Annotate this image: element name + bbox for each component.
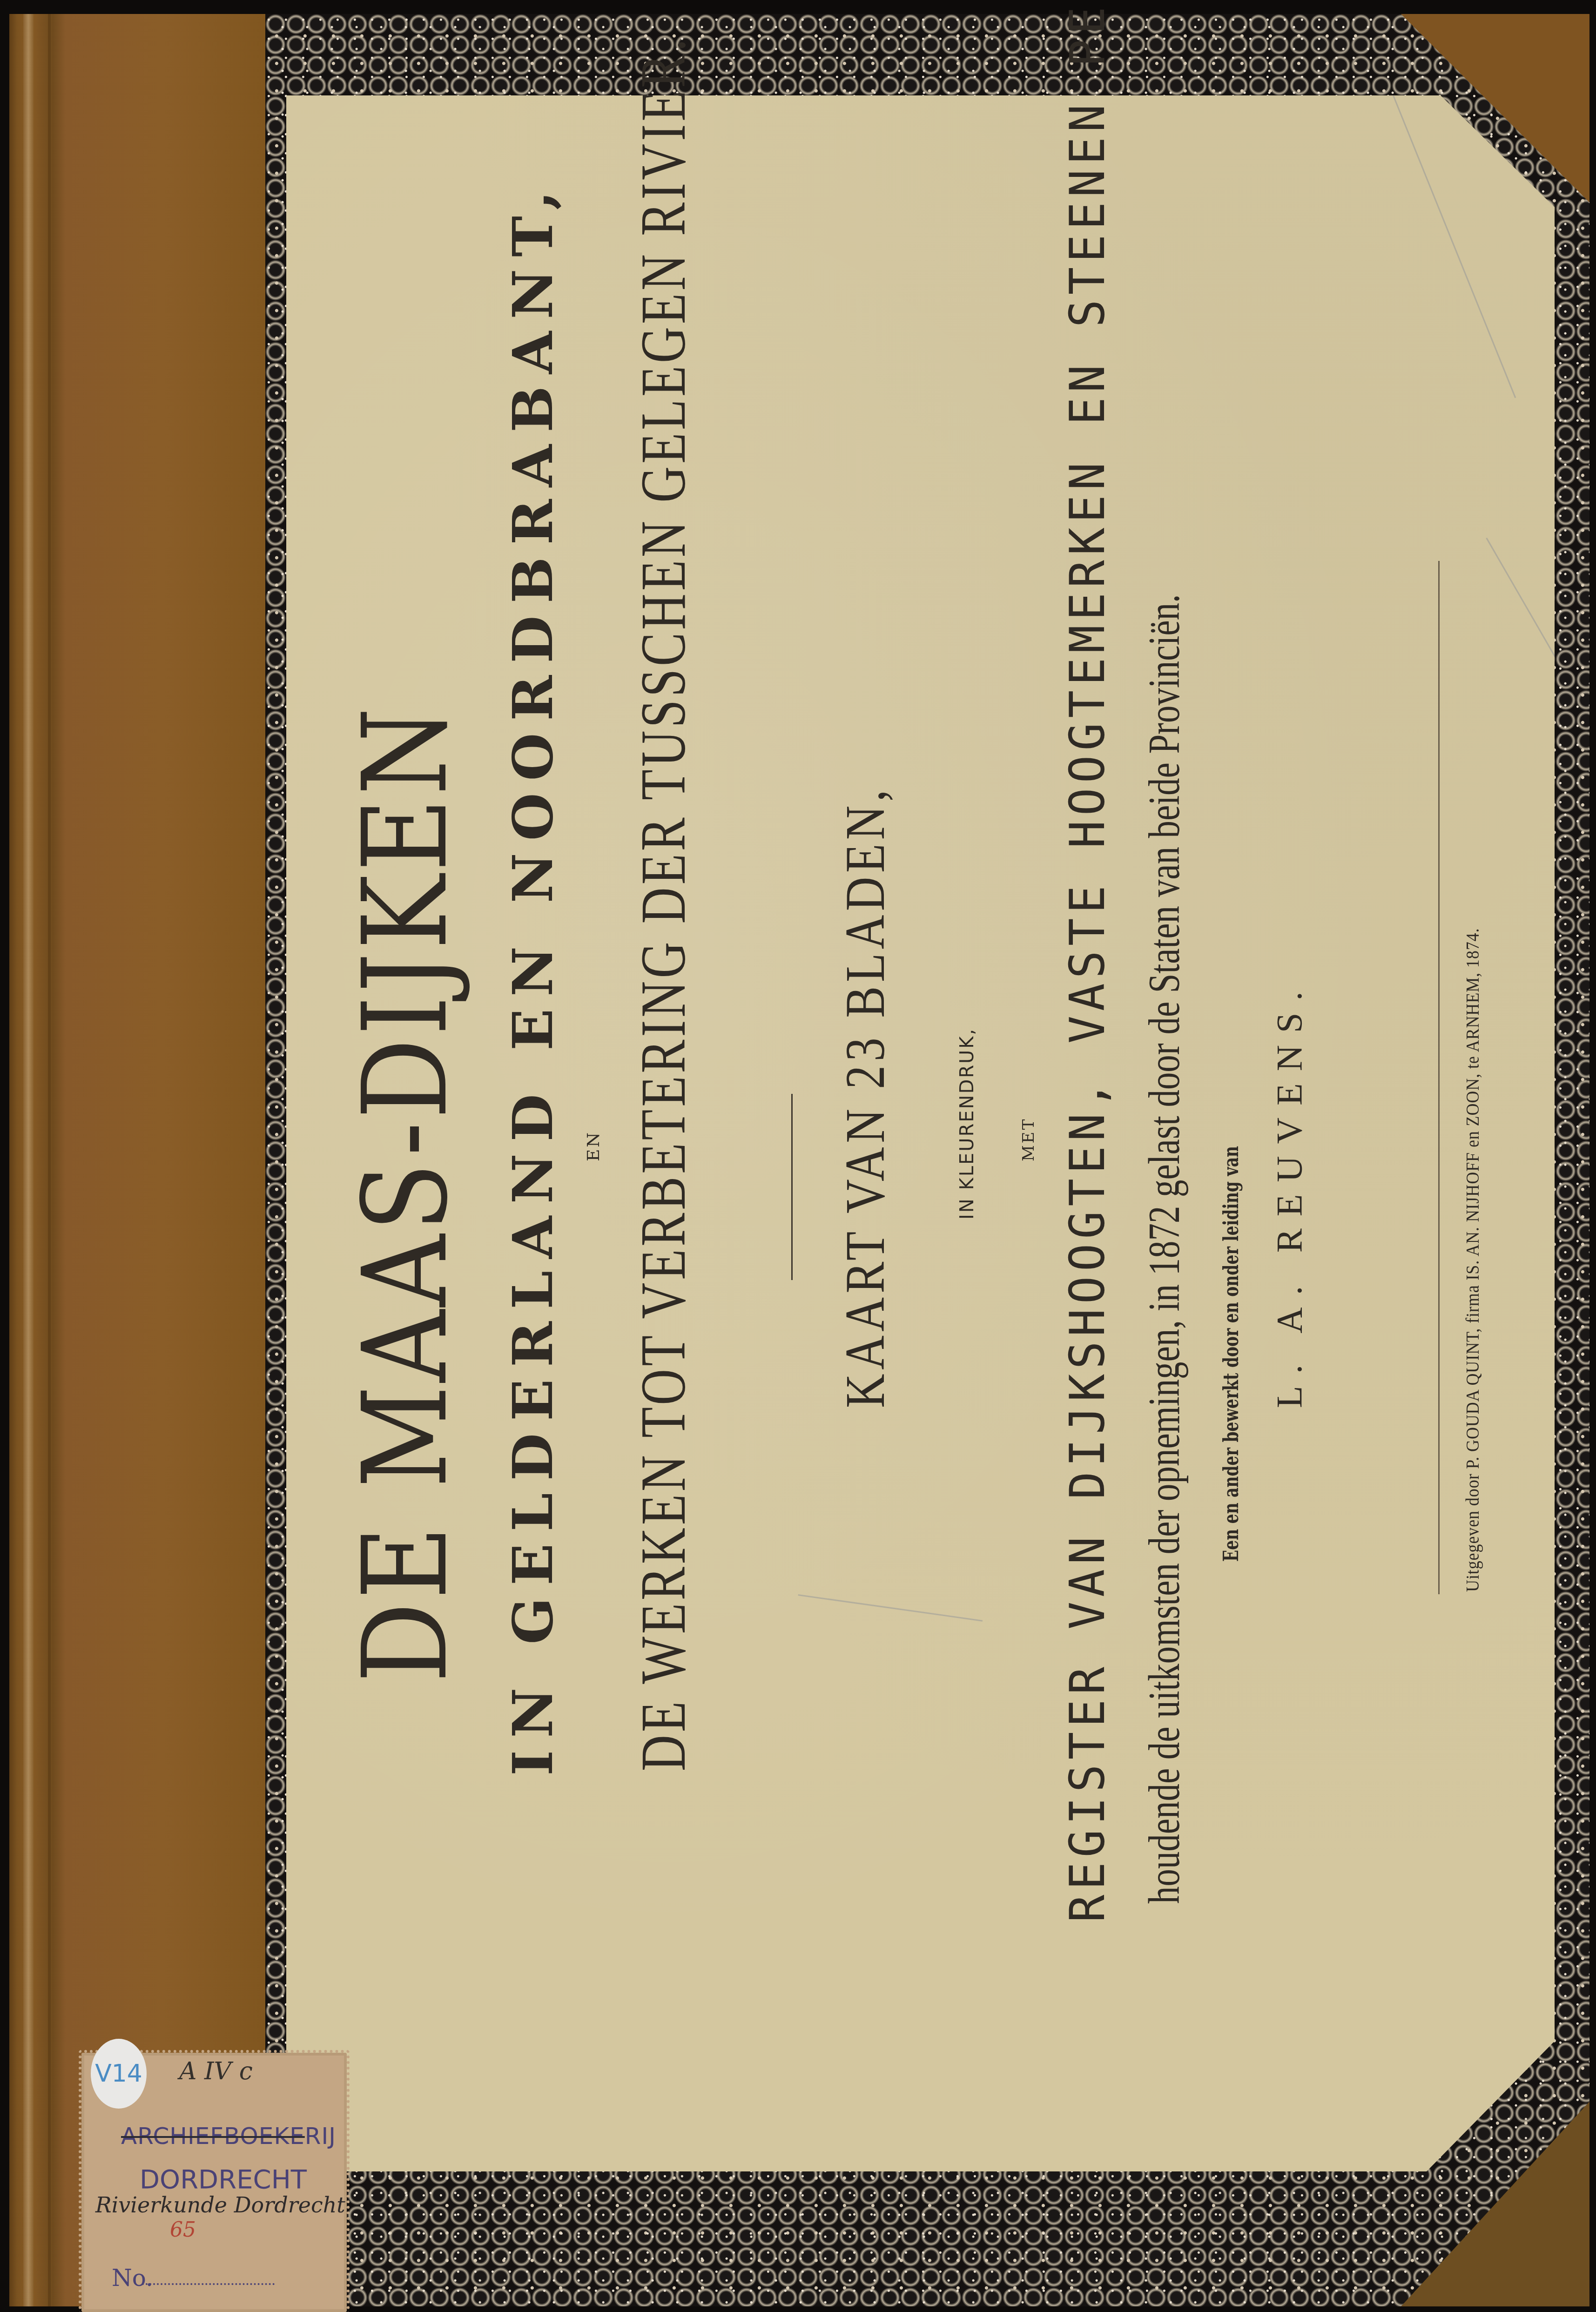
second-title: DE WERKEN TOT VERBETERING DER TUSSCHEN G… [626, 36, 700, 1771]
credit-line: Een en ander bewerkt door en onder leidi… [1219, 1146, 1243, 1562]
spine-groove [48, 14, 51, 2306]
red-pencil-number: 65 [170, 2218, 196, 2242]
stamp-city: DORDRECHT [140, 2164, 307, 2195]
conjunction-en: EN [584, 1131, 603, 1161]
title-text-block: DE MAAS-DIJKEN IN GELDERLAND EN NOORDBRA… [286, 95, 1555, 2171]
circle-shelf-label: V14 [91, 2039, 147, 2109]
main-title: DE MAAS-DIJKEN [337, 562, 473, 1683]
register-line: REGISTER VAN DIJKSHOOGTEN, VASTE HOOGTEM… [1059, 0, 1116, 1922]
handwritten-shelf-mark: A IV c [179, 2057, 253, 2085]
spine-ridge [23, 14, 34, 2306]
leather-spine [9, 14, 265, 2306]
color-print-line: IN KLEURENDRUK, [956, 1028, 978, 1220]
author-name: L. A. REUVENS. [1268, 979, 1310, 1408]
institution-suffix: RIJ [305, 2123, 336, 2150]
archive-sticker: V14 A IV c ARCHIEFBOEKERIJ DORDRECHT Riv… [81, 2053, 347, 2312]
struck-text: ARCHIEFBOEKE [121, 2123, 305, 2150]
publisher-rule [1438, 561, 1440, 1594]
stamp-institution: ARCHIEFBOEKERIJ [121, 2123, 336, 2150]
subtitle-region: IN GELDERLAND EN NOORDBRABANT, [500, 179, 565, 1776]
conjunction-met: MET [1019, 1118, 1038, 1161]
number-label: No. [112, 2265, 153, 2292]
publisher-imprint: Uitgegeven door P. GOUDA QUINT, firma IS… [1461, 928, 1483, 1592]
divider-rule [791, 1094, 793, 1280]
map-sheet-line: KAART VAN 23 BLADEN, [833, 786, 897, 1408]
number-dotted-line [142, 2283, 275, 2285]
handwritten-note: Rivierkunde Dordrecht [95, 2192, 345, 2218]
survey-description: houdende de uitkomsten der opnemingen, i… [1138, 594, 1190, 1904]
